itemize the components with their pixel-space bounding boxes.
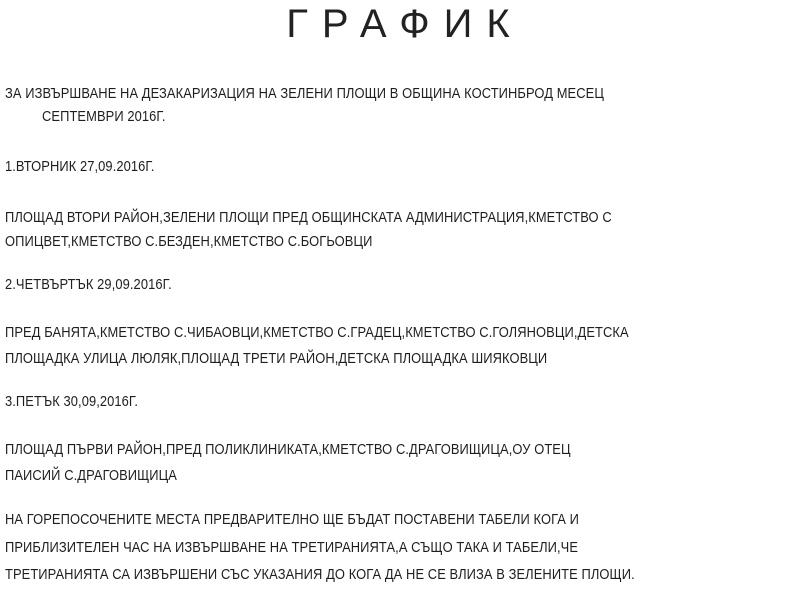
notice-line-2: ПРИБЛИЗИТЕЛЕН ЧАС НА ИЗВЪРШВАНЕ НА ТРЕТИ…: [5, 539, 578, 556]
notice-line-1: НА ГОРЕПОСОЧЕНИТЕ МЕСТА ПРЕДВАРИТЕЛНО ЩЕ…: [5, 511, 579, 528]
entry-2-locations-line-1: ПРЕД БАНЯТА,КМЕТСТВО С.ЧИБАОВЦИ,КМЕТСТВО…: [5, 324, 629, 341]
entry-3-locations-line-1: ПЛОЩАД ПЪРВИ РАЙОН,ПРЕД ПОЛИКЛИНИКАТА,КМ…: [5, 441, 571, 458]
entry-1-locations-line-1: ПЛОЩАД ВТОРИ РАЙОН,ЗЕЛЕНИ ПЛОЩИ ПРЕД ОБЩ…: [5, 209, 612, 226]
notice-line-3: ТРЕТИРАНИЯТА СА ИЗВЪРШЕНИ СЪС УКАЗАНИЯ Д…: [5, 566, 635, 583]
entry-2-locations-line-2: ПЛОЩАДКА УЛИЦА ЛЮЛЯК,ПЛОЩАД ТРЕТИ РАЙОН,…: [5, 350, 547, 367]
intro-line-2: СЕПТЕМВРИ 2016Г.: [42, 108, 166, 125]
entry-3-heading: 3.ПЕТЪК 30,09,2016Г.: [5, 393, 138, 410]
entry-3-locations-line-2: ПАИСИЙ С.ДРАГОВИЩИЦА: [5, 467, 177, 484]
entry-1-heading: 1.ВТОРНИК 27,09.2016Г.: [5, 158, 155, 175]
entry-2-heading: 2.ЧЕТВЪРТЪК 29,09.2016Г.: [5, 276, 172, 293]
entry-1-locations-line-2: ОПИЦВЕТ,КМЕТСТВО С.БЕЗДЕН,КМЕТСТВО С.БОГ…: [5, 233, 372, 250]
intro-line-1: ЗА ИЗВЪРШВАНЕ НА ДЕЗАКАРИЗАЦИЯ НА ЗЕЛЕНИ…: [5, 85, 604, 102]
document-title: ГРАФИК: [0, 2, 800, 47]
document-page: ГРАФИК ЗА ИЗВЪРШВАНЕ НА ДЕЗАКАРИЗАЦИЯ НА…: [0, 0, 800, 594]
